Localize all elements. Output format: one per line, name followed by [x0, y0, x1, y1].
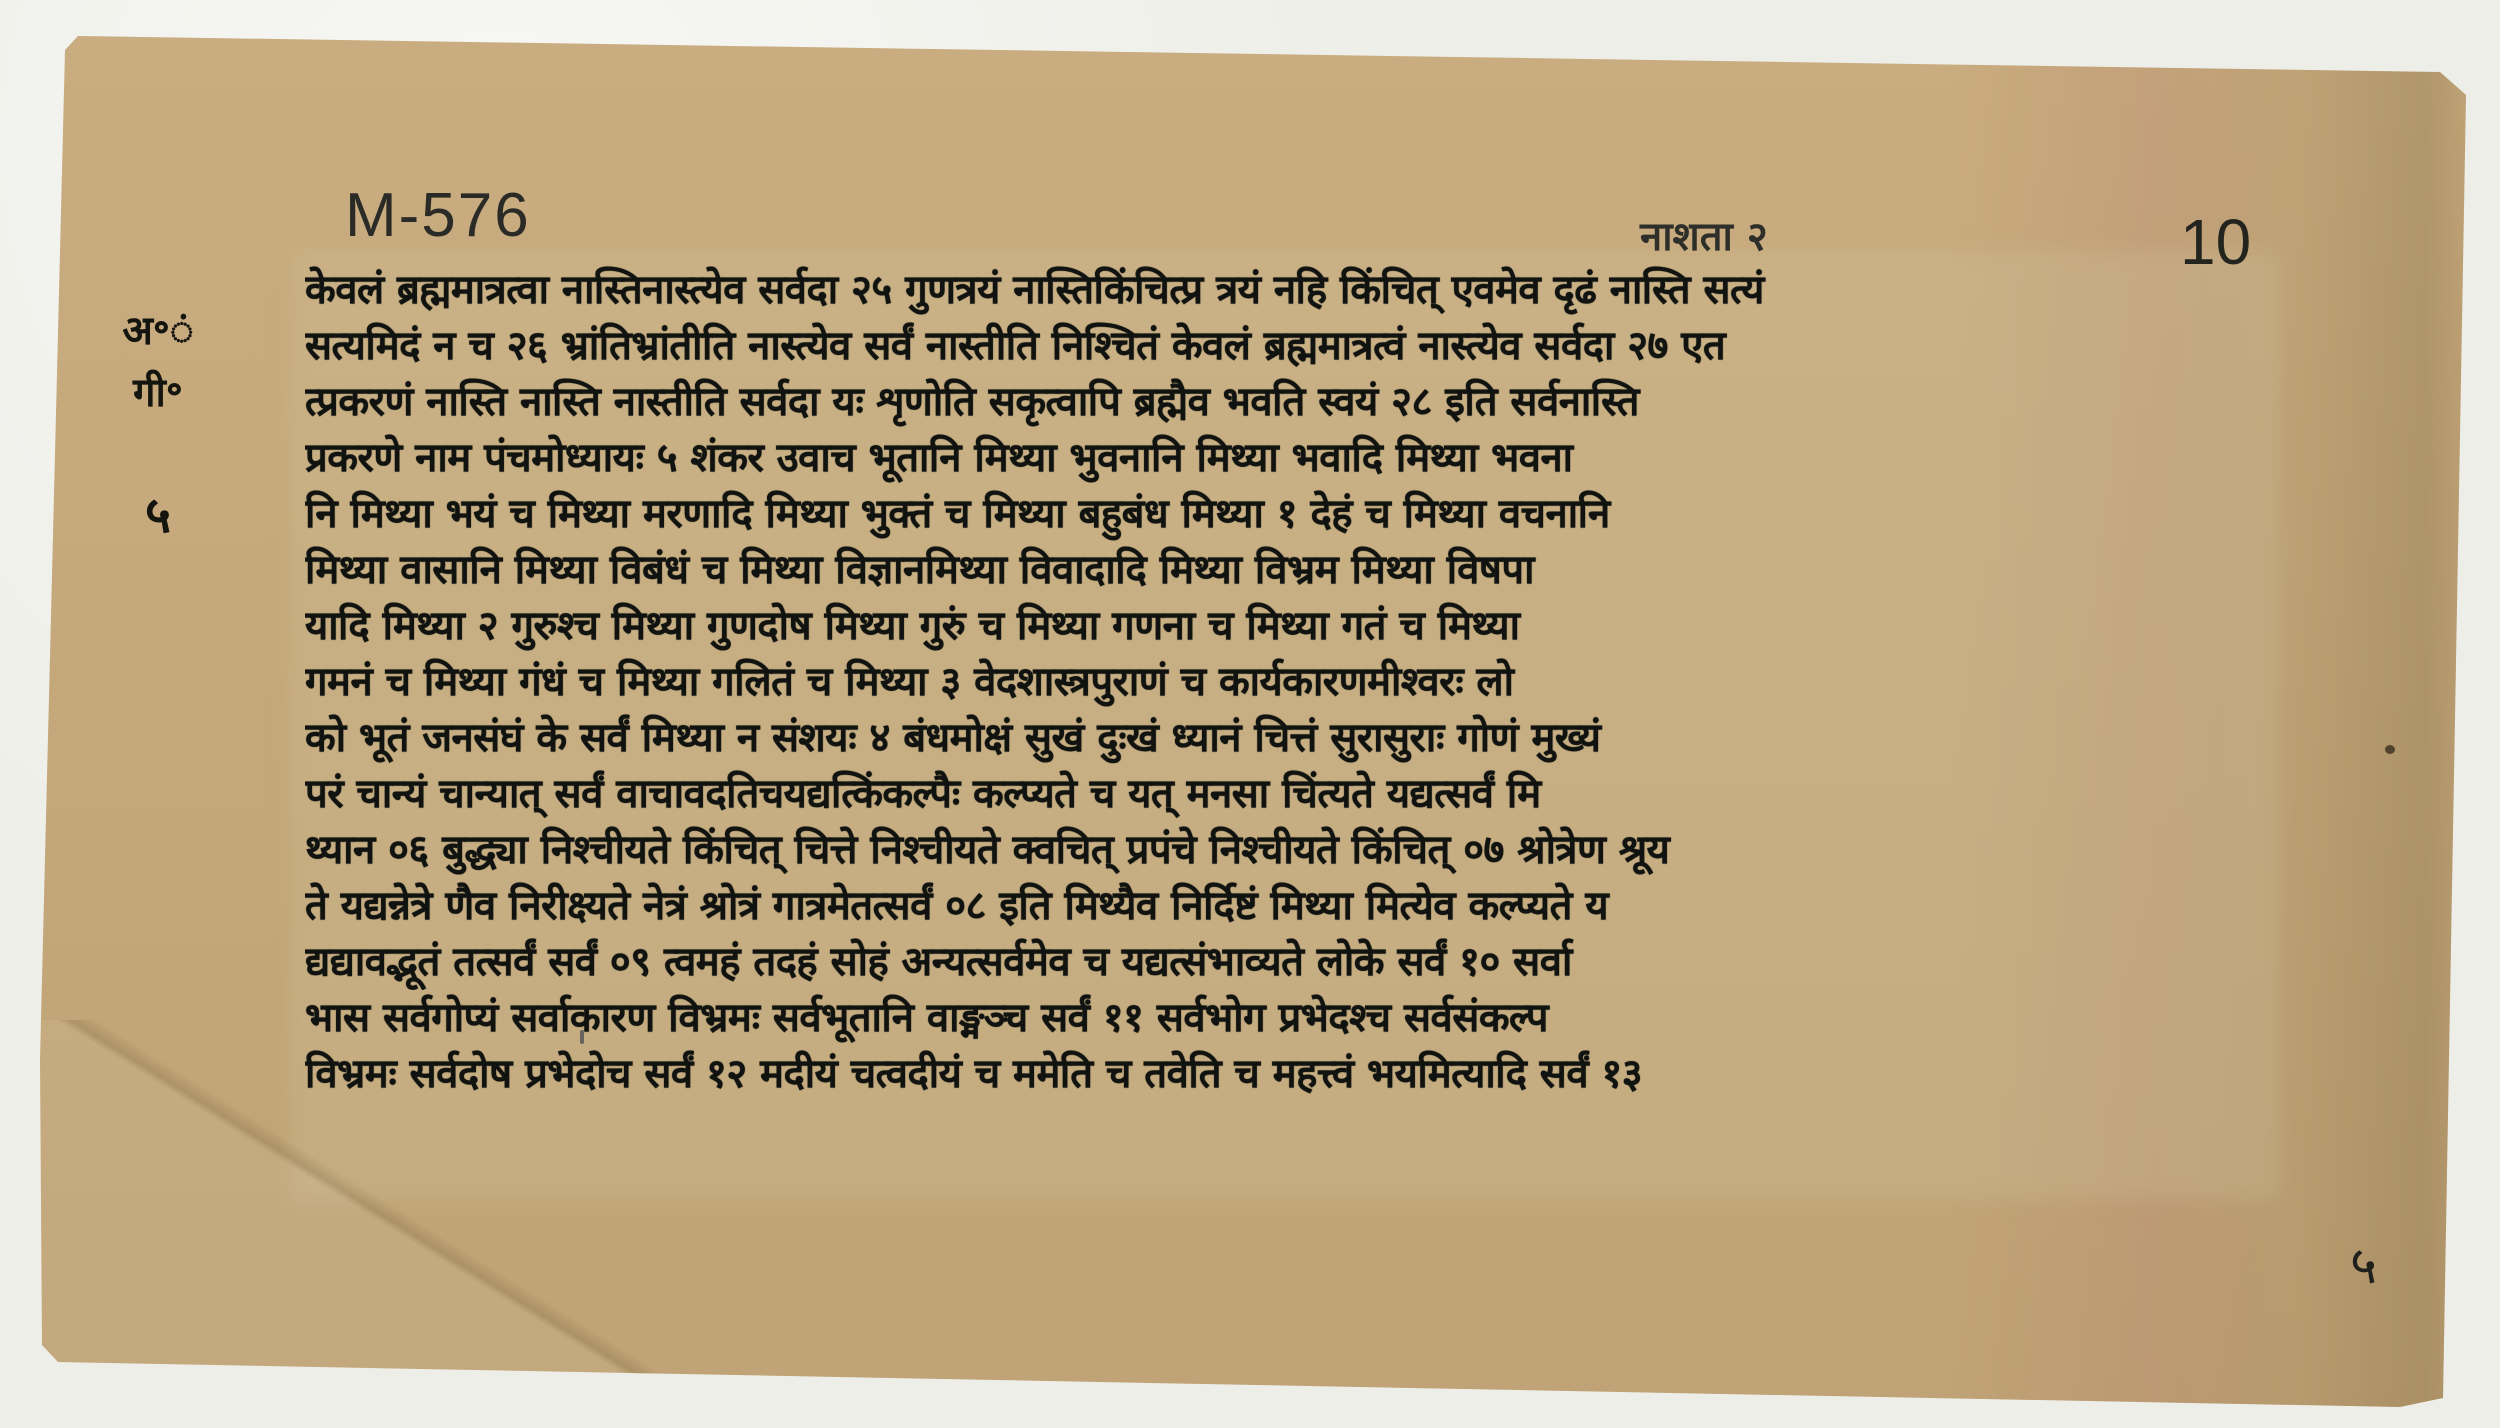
manuscript-text-block: केवलं ब्रह्ममात्रत्वा नास्तिनास्त्येव सर… [305, 262, 2265, 1102]
folio-header-title: नाशता २ [1640, 207, 1768, 262]
manuscript-folio: M-576 नाशता २ 10 अ॰ं गी॰ ५ केवलं ब्रह्मम… [0, 0, 2500, 1428]
text-line: थ्यान ०६ बुद्ध्या निश्चीयते किंचित् चित्… [305, 822, 2265, 878]
text-line: सत्यमिदं न च २६ भ्रांतिभ्रांतीति नास्त्य… [305, 318, 2265, 374]
text-line: द्यद्यावद्भूतं तत्सर्वं सर्वं ०९ त्वमहं … [305, 934, 2265, 990]
text-line: को भूतं जनसंघं के सर्वं मिथ्या न संशयः ४… [305, 710, 2265, 766]
left-margin-note: अ॰ं गी॰ ५ [118, 300, 198, 546]
text-line: विभ्रमः सर्वदोष प्रभेदोच सर्वं १२ मदीयं … [305, 1046, 2265, 1102]
catalog-number: M-576 [345, 180, 531, 251]
text-line: गमनं च मिथ्या गंधं च मिथ्या गलितं च मिथ्… [305, 654, 2265, 710]
text-line: त्प्रकरणं नास्ति नास्ति नास्तीति सर्वदा … [305, 374, 2265, 430]
text-line: परं चान्यं चान्यात् सर्वं वाचावदतिचयद्यत… [305, 766, 2265, 822]
margin-note-line: ५ [118, 484, 198, 546]
text-line: केवलं ब्रह्ममात्रत्वा नास्तिनास्त्येव सर… [305, 262, 2265, 318]
folio-number-bottom: ५ [2350, 1228, 2377, 1299]
ink-spot [2385, 745, 2395, 754]
margin-note-line: गी॰ [118, 362, 198, 424]
text-line: भास सर्वगोप्यं सर्वाकारण विभ्रमः सर्वभूत… [305, 990, 2265, 1046]
text-line: यादि मिथ्या २ गुरुश्च मिथ्या गुणदोष मिथ्… [305, 598, 2265, 654]
margin-note-line: अ॰ं [118, 300, 198, 362]
text-line: नि मिथ्या भयं च मिथ्या मरणादि मिथ्या भुक… [305, 486, 2265, 542]
text-line: मिथ्या वासानि मिथ्या विबंधं च मिथ्या विज… [305, 542, 2265, 598]
text-line: ते यद्यन्नेत्रे णैव निरीक्ष्यते नेत्रं श… [305, 878, 2265, 934]
text-line: प्रकरणे नाम पंचमोध्यायः ५ शंकर उवाच भूता… [305, 430, 2265, 486]
ink-spot [580, 1030, 584, 1044]
